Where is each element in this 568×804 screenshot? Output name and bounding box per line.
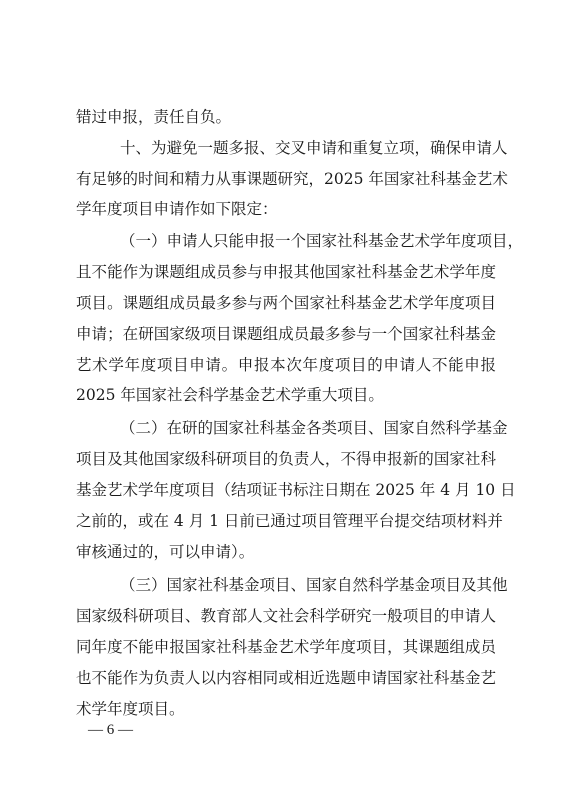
text-line: 且不能作为课题组成员参与申报其他国家社科基金艺术学年度 (76, 262, 496, 282)
text-line-item-10-start: 十、为避免一题多报、交叉申请和重复立项，确保申请人 (120, 138, 496, 158)
page-number: — 6 — (88, 722, 133, 739)
text-line: 基金艺术学年度项目（结项证书标注日期在 2025 年 4 月 10 日 (76, 480, 496, 500)
text-line-subitem-1-start: （一）申请人只能申报一个国家社科基金艺术学年度项目， (120, 231, 496, 251)
text-line: 学年度项目申请作如下限定： (76, 199, 496, 219)
text-line: 艺术学年度项目申请。申报本次年度项目的申请人不能申报 (76, 355, 496, 375)
text-line: 之前的，或在 4 月 1 日前已通过项目管理平台提交结项材料并 (76, 511, 496, 531)
text-line: 审核通过的，可以申请）。 (76, 542, 496, 562)
text-line: 术学年度项目。 (76, 699, 496, 719)
text-line: 项目及其他国家级科研项目的负责人，不得申报新的国家社科 (76, 449, 496, 469)
text-line: 也不能作为负责人以内容相同或相近选题申请国家社科基金艺 (76, 668, 496, 688)
text-line-subitem-2-start: （二）在研的国家社科基金各类项目、国家自然科学基金 (120, 418, 496, 438)
text-line-subitem-3-start: （三）国家社科基金项目、国家自然科学基金项目及其他 (120, 575, 496, 595)
text-line-continuation: 错过申报，责任自负。 (76, 107, 496, 127)
text-line: 同年度不能申报国家社科基金艺术学年度项目，其课题组成员 (76, 637, 496, 657)
text-line: 有足够的时间和精力从事课题研究，2025 年国家社科基金艺术 (76, 169, 496, 189)
text-line: 项目。课题组成员最多参与两个国家社科基金艺术学年度项目 (76, 293, 496, 313)
text-line: 国家级科研项目、教育部人文社会科学研究一般项目的申请人 (76, 606, 496, 626)
text-line: 申请；在研国家级项目课题组成员最多参与一个国家社科基金 (76, 324, 496, 344)
text-line: 2025 年国家社会科学基金艺术学重大项目。 (76, 385, 496, 405)
document-page: 错过申报，责任自负。 十、为避免一题多报、交叉申请和重复立项，确保申请人 有足够… (0, 0, 568, 804)
